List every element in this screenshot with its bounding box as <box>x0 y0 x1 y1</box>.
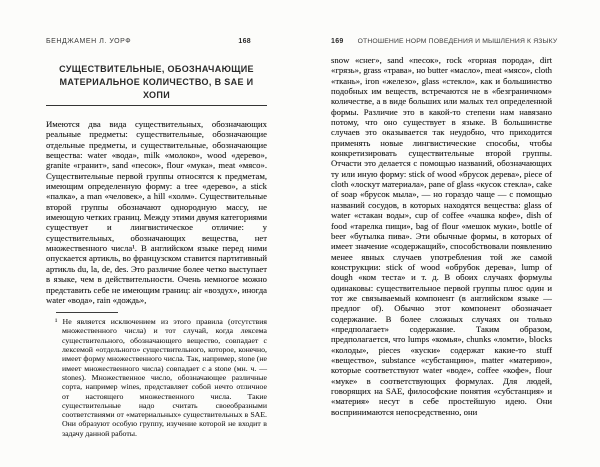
section-heading-line1: СУЩЕСТВИТЕЛЬНЫЕ, ОБОЗНАЧАЮЩИЕ <box>46 63 267 76</box>
left-page-number: 168 <box>238 38 251 46</box>
running-header-author: БЕНДЖАМЕН Л. УОРФ <box>46 38 238 46</box>
left-page: БЕНДЖАМЕН Л. УОРФ 168 СУЩЕСТВИТЕЛЬНЫЕ, О… <box>46 38 267 438</box>
section-heading-underline <box>46 105 267 106</box>
right-page-number: 169 <box>331 38 344 46</box>
right-running-header: 169 ОТНОШЕНИЕ НОРМ ПОВЕДЕНИЯ И МЫШЛЕНИЯ … <box>331 38 552 46</box>
running-header-title: ОТНОШЕНИЕ НОРМ ПОВЕДЕНИЯ И МЫШЛЕНИЯ К ЯЗ… <box>358 38 558 46</box>
left-running-header: БЕНДЖАМЕН Л. УОРФ 168 <box>46 38 267 46</box>
footnote-text: ¹ Не является исключением из этого прави… <box>46 317 267 438</box>
right-body-text: snow «снег», sand «песок», rock «горная … <box>331 55 552 417</box>
left-body-text: Имеются два вида существительных, обозна… <box>46 119 267 305</box>
right-page: 169 ОТНОШЕНИЕ НОРМ ПОВЕДЕНИЯ И МЫШЛЕНИЯ … <box>331 38 552 417</box>
book-spread-scan: БЕНДЖАМЕН Л. УОРФ 168 СУЩЕСТВИТЕЛЬНЫЕ, О… <box>0 0 600 467</box>
section-heading-line2: МАТЕРИАЛЬНОЕ КОЛИЧЕСТВО, В SAE И ХОПИ <box>46 76 267 102</box>
footnote-separator-rule <box>56 312 118 313</box>
section-heading: СУЩЕСТВИТЕЛЬНЫЕ, ОБОЗНАЧАЮЩИЕ МАТЕРИАЛЬН… <box>46 63 267 102</box>
